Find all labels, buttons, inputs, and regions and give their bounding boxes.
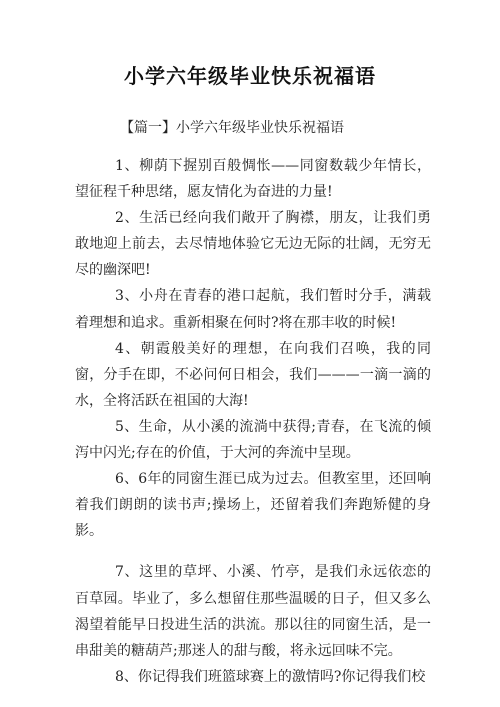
document-title: 小学六年级毕业快乐祝福语 xyxy=(0,60,500,89)
paragraph-5: 5、生命，从小溪的流淌中获得;青春，在飞流的倾泻中闪光;存在的价值，于大河的奔流… xyxy=(75,414,431,466)
paragraph-7: 7、这里的草坪、小溪、竹亭，是我们永远依恋的百草园。毕业了，多么想留住那些温暖的… xyxy=(75,559,431,663)
paragraph-3: 3、小舟在青春的港口起航，我们暂时分手，满载着理想和追求。重新相聚在何时?将在那… xyxy=(75,283,431,335)
paragraph-6: 6、6年的同窗生涯已成为过去。但教室里，还回响着我们朗朗的读书声;操场上，还留着… xyxy=(75,466,431,544)
paragraph-4: 4、朝霞般美好的理想，在向我们召唤，我的同窗，分手在即，不必问何日相会，我们——… xyxy=(75,336,431,414)
paragraph-2: 2、生活已经向我们敞开了胸襟，朋友，让我们勇敢地迎上前去，去尽情地体验它无边无际… xyxy=(75,205,431,283)
document-body: 1、柳荫下握别百般惆怅——同窗数载少年情长，望征程千种思绪，愿友情化为奋进的力量… xyxy=(75,153,431,690)
section-heading: 【篇一】小学六年级毕业快乐祝福语 xyxy=(120,117,344,137)
paragraph-8: 8、你记得我们班篮球赛上的激情吗?你记得我们校 xyxy=(75,664,431,690)
paragraph-1: 1、柳荫下握别百般惆怅——同窗数载少年情长，望征程千种思绪，愿友情化为奋进的力量… xyxy=(75,153,431,205)
paragraph-gap xyxy=(75,544,431,559)
